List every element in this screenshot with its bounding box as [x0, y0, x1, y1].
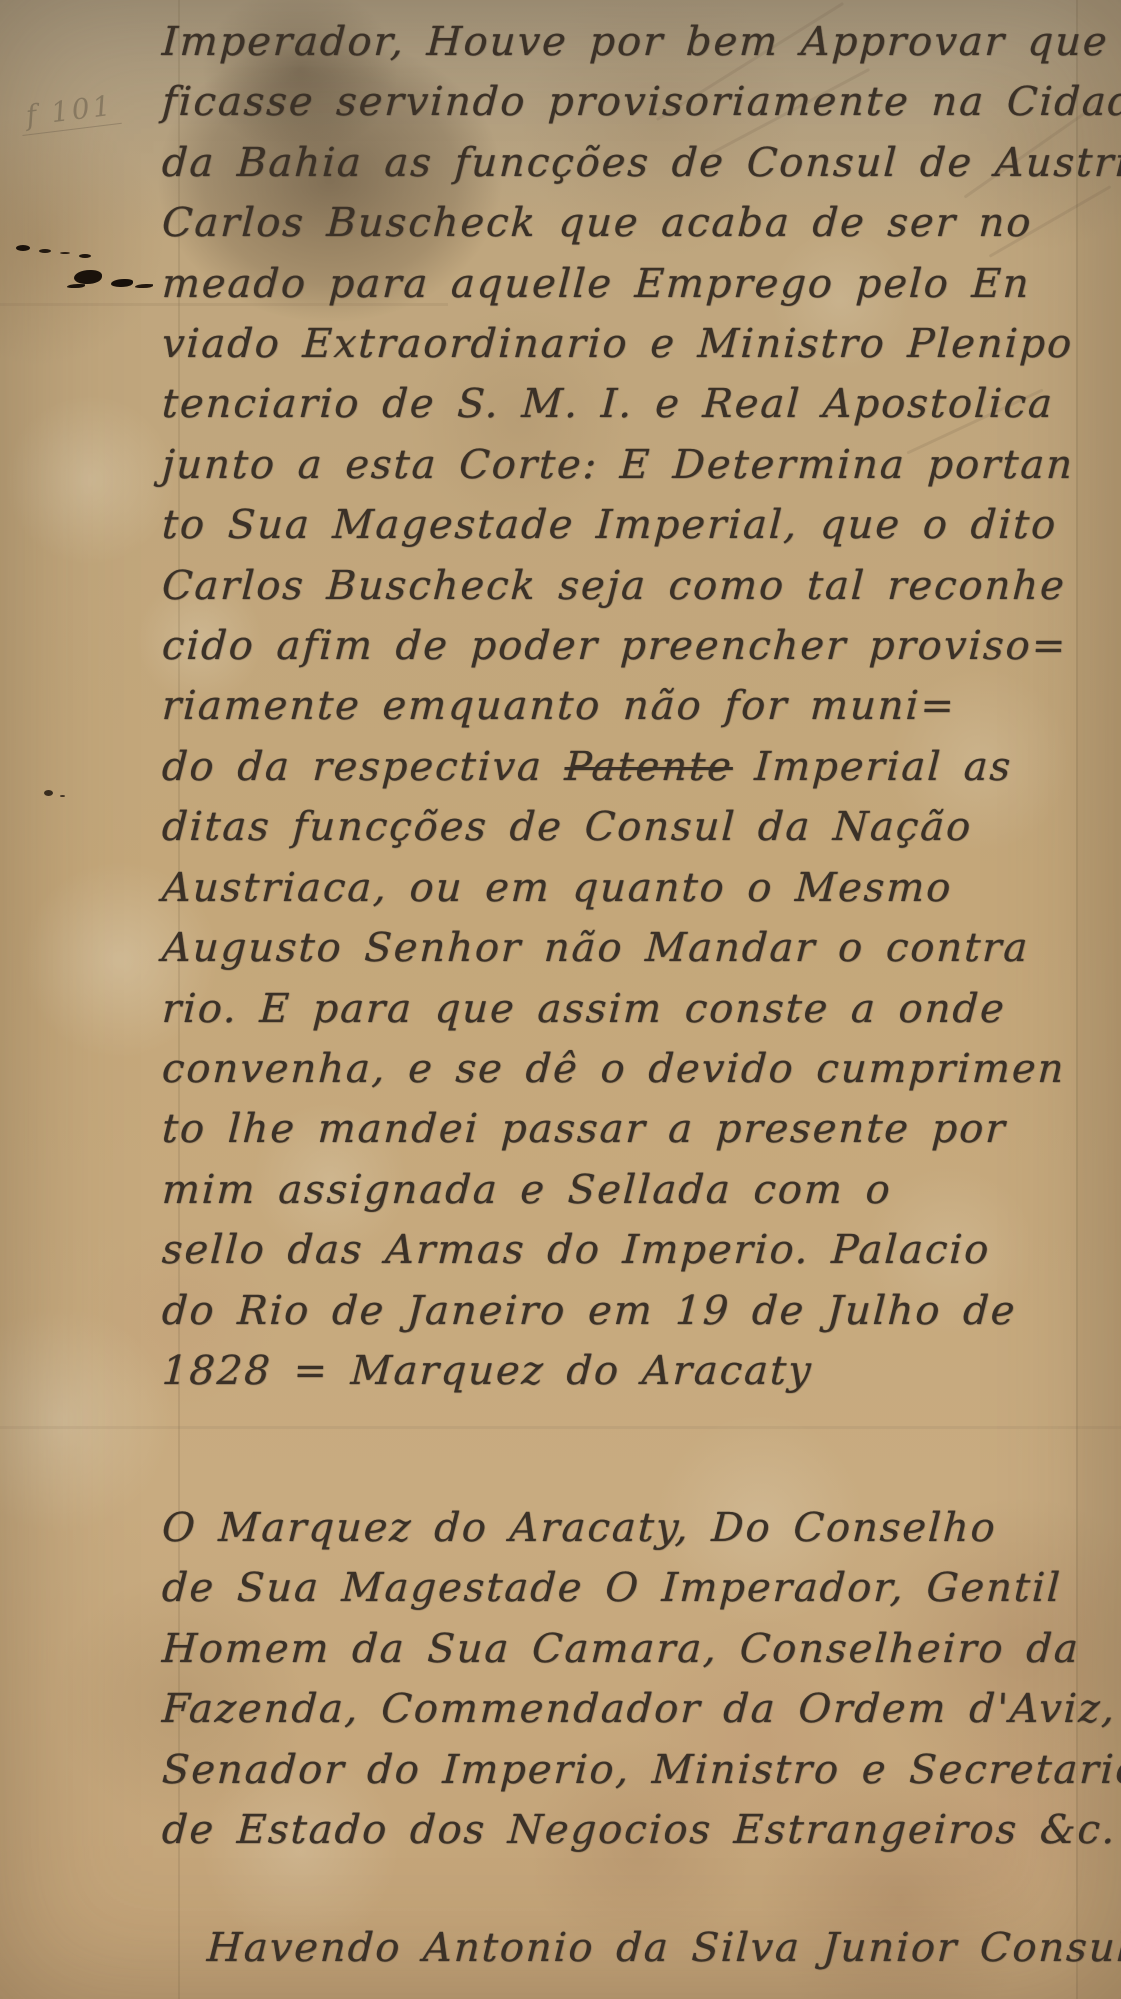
titles-paragraph: O Marquez do Aracaty, Do Conselho de Sua…: [162, 1498, 1112, 1860]
manuscript-line: Imperador, Houve por bem Approvar que: [160, 12, 1113, 72]
manuscript-line: do Rio de Janeiro em 19 de Julho de: [160, 1281, 1113, 1341]
line-text: do da respectiva: [161, 744, 566, 790]
manuscript-line: O Marquez do Aracaty, Do Conselho: [160, 1498, 1113, 1558]
manuscript-line: ficasse servindo provisoriamente na Cida…: [160, 72, 1113, 132]
manuscript-line: to Sua Magestade Imperial, que o dito: [160, 495, 1113, 555]
manuscript-line: mim assignada e Sellada com o: [160, 1160, 1113, 1220]
manuscript-line: Austriaca, ou em quanto o Mesmo: [160, 858, 1113, 918]
manuscript-line: de Sua Magestade O Imperador, Gentil: [160, 1558, 1113, 1618]
manuscript-line: junto a esta Corte: E Determina portan: [160, 435, 1113, 495]
ink-blot: [16, 245, 30, 251]
manuscript-line: da Bahia as funcções de Consul de Austri…: [160, 133, 1113, 193]
manuscript-line: viado Extraordinario e Ministro Plenipo: [160, 314, 1113, 374]
manuscript-line: Havendo Antonio da Silva Junior Consul: [205, 1918, 1118, 1978]
manuscript-line: de Estado dos Negocios Estrangeiros &c. …: [160, 1800, 1113, 1860]
manuscript-line: tenciario de S. M. I. e Real Apostolica: [160, 374, 1113, 434]
line-text: Imperial as: [732, 744, 1014, 790]
struck-word: Patente: [563, 744, 734, 790]
manuscript-line: to lhe mandei passar a presente por: [160, 1099, 1113, 1159]
ink-blot: [74, 270, 102, 284]
manuscript-line: Carlos Buscheck que acaba de ser no: [160, 193, 1113, 253]
pencil-folio-note: f 101: [18, 88, 121, 136]
manuscript-line: cido afim de poder preencher proviso=: [160, 616, 1113, 676]
manuscript-line: Homem da Sua Camara, Conselheiro da: [160, 1619, 1113, 1679]
manuscript-line: Fazenda, Commendador da Ordem d'Aviz,: [160, 1679, 1113, 1739]
ink-blot: [44, 790, 53, 796]
manuscript-page: f 101 Imperador, Houve por bem Approvar …: [0, 0, 1121, 1999]
manuscript-line: sello das Armas do Imperio. Palacio: [160, 1220, 1113, 1280]
manuscript-line: rio. E para que assim conste a onde: [160, 979, 1113, 1039]
horizontal-crease-middle: [0, 1426, 1121, 1429]
manuscript-line: 1828 = Marquez do Aracaty: [160, 1341, 1113, 1401]
manuscript-line: convenha, e se dê o devido cumprimen: [160, 1039, 1113, 1099]
decree-paragraph: Imperador, Houve por bem Approvar que fi…: [162, 12, 1112, 1401]
manuscript-line: Augusto Senhor não Mandar o contra: [160, 918, 1113, 978]
manuscript-line: ditas funcções de Consul da Nação: [160, 797, 1113, 857]
closing-paragraph: Havendo Antonio da Silva Junior Consul: [207, 1918, 1117, 1978]
manuscript-line: riamente emquanto não for muni=: [160, 676, 1113, 736]
manuscript-line: Senador do Imperio, Ministro e Secretari…: [160, 1740, 1113, 1800]
manuscript-line: Carlos Buscheck seja como tal reconhe: [160, 556, 1113, 616]
manuscript-line: meado para aquelle Emprego pelo En: [160, 254, 1113, 314]
manuscript-line-with-strikeout: do da respectiva Patente Imperial as: [160, 737, 1113, 797]
